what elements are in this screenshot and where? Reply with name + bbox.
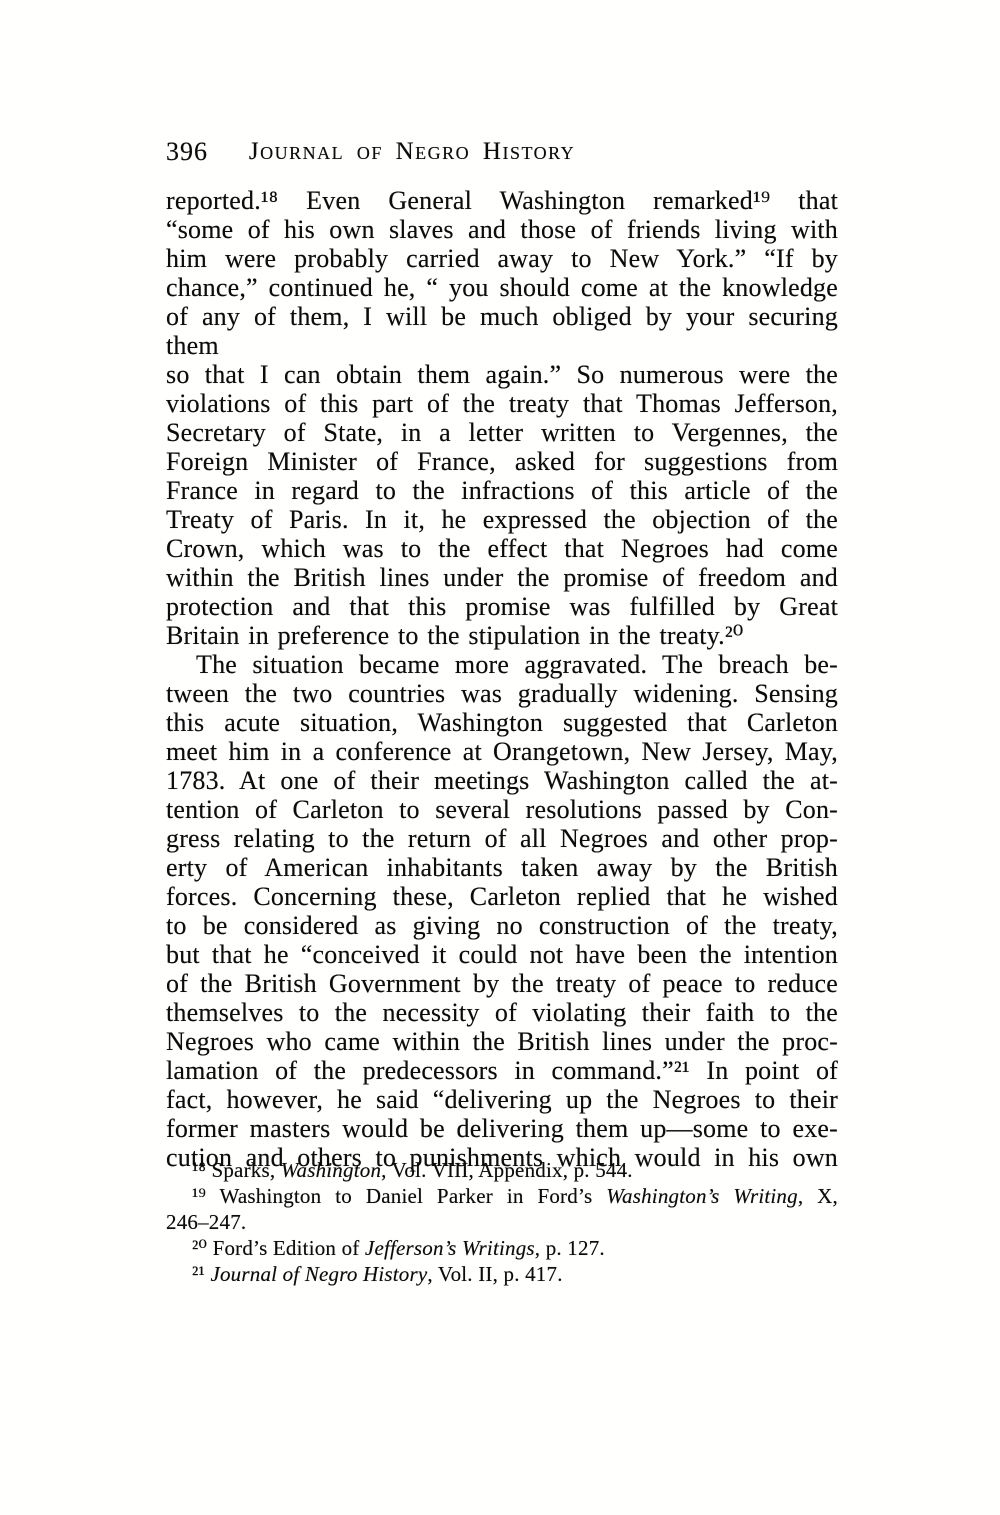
text-line: reported.¹⁸ Even General Washington rema…: [166, 186, 838, 215]
text-line: but that he “conceived it could not have…: [166, 940, 838, 969]
text-line: themselves to the necessity of violating…: [166, 998, 838, 1027]
footnote-text: ²⁰ Ford’s Edition of: [192, 1236, 365, 1260]
text-line: violations of this part of the treaty th…: [166, 389, 838, 418]
work-title-italic: Washington: [281, 1158, 381, 1182]
footnote-line: ²¹ Journal of Negro History, Vol. II, p.…: [166, 1261, 838, 1287]
footnote-text: , Vol. II, p. 417.: [427, 1262, 562, 1286]
text-line: The situation became more aggravated. Th…: [166, 650, 838, 679]
text-line: tention of Carleton to several resolutio…: [166, 795, 838, 824]
footnote-text: ²¹: [192, 1262, 210, 1286]
text-line: erty of American inhabitants taken away …: [166, 853, 838, 882]
footnote-line: ¹⁹ Washington to Daniel Parker in Ford’s…: [166, 1183, 838, 1209]
text-line: protection and that this promise was ful…: [166, 592, 838, 621]
footnote-text: ¹⁸ Sparks,: [192, 1158, 281, 1182]
text-line: chance,” continued he, “ you should come…: [166, 273, 838, 302]
work-title-italic: Washington’s Writing: [606, 1184, 798, 1208]
footnote-text: , p. 127.: [535, 1236, 605, 1260]
text-line: former masters would be delivering them …: [166, 1114, 838, 1143]
text-line: Secretary of State, in a letter written …: [166, 418, 838, 447]
text-line: tween the two countries was gradually wi…: [166, 679, 838, 708]
text-line: forces. Concerning these, Carleton repli…: [166, 882, 838, 911]
text-line: of the British Government by the treaty …: [166, 969, 838, 998]
body-text: reported.¹⁸ Even General Washington rema…: [166, 186, 838, 1172]
text-line: fact, however, he said “delivering up th…: [166, 1085, 838, 1114]
page-header: 396 Journal of Negro History: [166, 137, 838, 169]
text-line: him were probably carried away to New Yo…: [166, 244, 838, 273]
text-line: lamation of the predecessors in command.…: [166, 1056, 838, 1085]
text-line: this acute situation, Washington suggest…: [166, 708, 838, 737]
journal-title: Journal of Negro History: [249, 138, 575, 166]
text-line: Britain in preference to the stipulation…: [166, 621, 838, 650]
footnote-line: ²⁰ Ford’s Edition of Jefferson’s Writing…: [166, 1235, 838, 1261]
work-title-italic: Journal of Negro History: [210, 1262, 427, 1286]
text-line: 1783. At one of their meetings Washingto…: [166, 766, 838, 795]
footnote-text: 246–247.: [166, 1210, 246, 1234]
paragraph-1: reported.¹⁸ Even General Washington rema…: [166, 186, 838, 650]
work-title-italic: Jefferson’s Writings: [365, 1236, 535, 1260]
paragraph-2: The situation became more aggravated. Th…: [166, 650, 838, 1172]
footnote-text: ¹⁹ Washington to Daniel Parker in Ford’s: [192, 1184, 606, 1208]
scanned-book-page: 396 Journal of Negro History reported.¹⁸…: [0, 0, 1000, 1515]
text-line: so that I can obtain them again.” So num…: [166, 360, 838, 389]
text-line: to be considered as giving no constructi…: [166, 911, 838, 940]
footnote-text: , Vol. VIII, Appendix, p. 544.: [381, 1158, 633, 1182]
text-line: of any of them, I will be much obliged b…: [166, 302, 838, 360]
text-line: within the British lines under the promi…: [166, 563, 838, 592]
text-line: France in regard to the infractions of t…: [166, 476, 838, 505]
text-line: Foreign Minister of France, asked for su…: [166, 447, 838, 476]
text-line: gress relating to the return of all Negr…: [166, 824, 838, 853]
text-line: Crown, which was to the effect that Negr…: [166, 534, 838, 563]
page-number: 396: [166, 137, 208, 167]
footnote-line: ¹⁸ Sparks, Washington, Vol. VIII, Append…: [166, 1157, 838, 1183]
text-line: meet him in a conference at Orangetown, …: [166, 737, 838, 766]
text-line: Treaty of Paris. In it, he expressed the…: [166, 505, 838, 534]
text-line: “some of his own slaves and those of fri…: [166, 215, 838, 244]
footnotes: ¹⁸ Sparks, Washington, Vol. VIII, Append…: [166, 1157, 838, 1287]
text-line: Negroes who came within the British line…: [166, 1027, 838, 1056]
footnote-line: 246–247.: [166, 1209, 838, 1235]
footnote-text: , X,: [798, 1184, 838, 1208]
